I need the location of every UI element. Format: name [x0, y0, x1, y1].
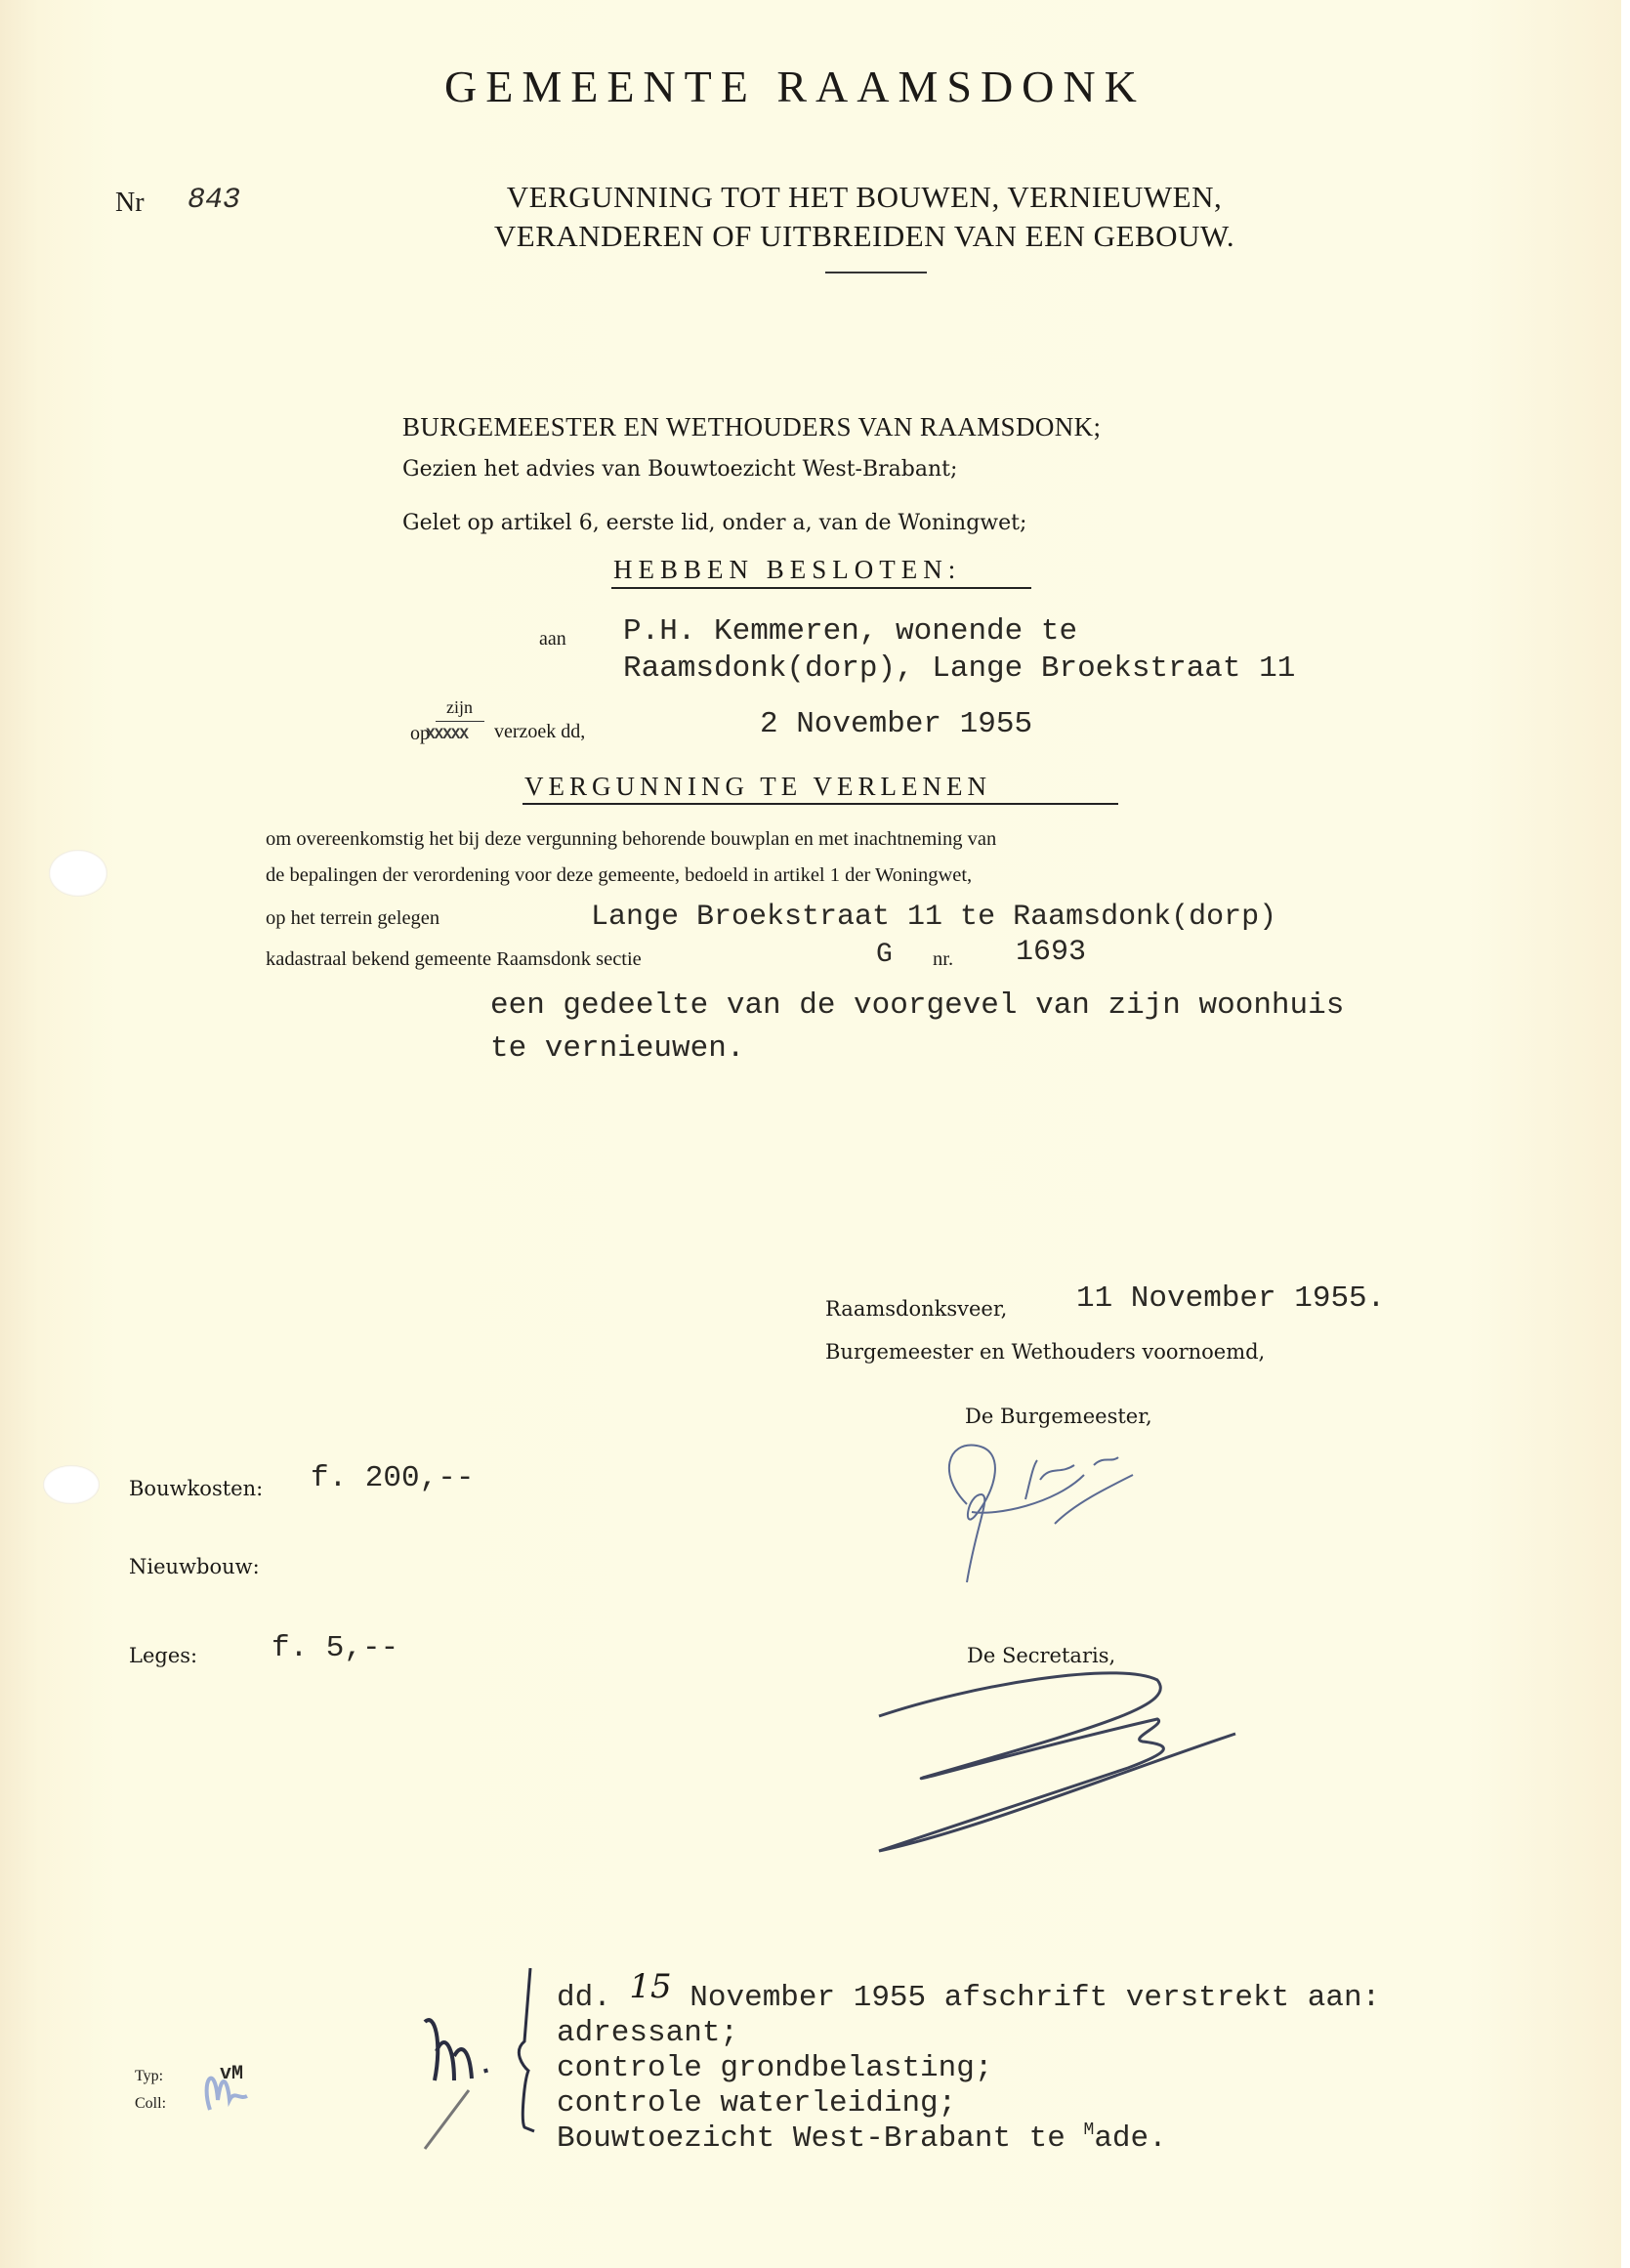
authority-line: BURGEMEESTER EN WETHOUDERS VAN RAAMSDONK… [402, 412, 1101, 442]
punch-hole-upper [49, 850, 107, 897]
collator-label: Coll: [135, 2095, 166, 2113]
typist-label: Typ: [135, 2068, 163, 2085]
punch-hole-lower [43, 1465, 100, 1504]
decision-underline [611, 587, 1031, 589]
grant-text-line1: om overeenkomstig het bij deze vergunnin… [266, 828, 996, 851]
cadastral-section: G [876, 940, 893, 970]
request-date: 2 November 1955 [760, 707, 1032, 741]
request-label: verzoek dd, [494, 721, 585, 743]
recipient-item: controle waterleiding; [557, 2086, 1380, 2121]
permit-title-line1: VERGUNNING TOT HET BOUWEN, VERNIEUWEN, [396, 178, 1333, 217]
municipality-header: GEMEENTE RAAMSDONK [444, 61, 1146, 112]
considered-line: Gezien het advies van Bouwtoezicht West-… [402, 457, 957, 482]
work-line2: te vernieuwen. [490, 1028, 1344, 1071]
fees-value: f. 5,-- [272, 1631, 398, 1665]
document-page [0, 0, 1621, 2268]
pronoun-struck: XXXXX [426, 726, 468, 743]
handwritten-initials-icon [415, 1963, 562, 2139]
terrain-label: op het terrein gelegen [266, 907, 439, 930]
addressee: P.H. Kemmeren, wonende te Raamsdonk(dorp… [623, 613, 1295, 688]
grant-underline [522, 803, 1118, 805]
cadastral-parcel: 1693 [1016, 936, 1086, 969]
new-build-label: Nieuwbouw: [129, 1555, 260, 1578]
pronoun-inserted: zijn [446, 697, 473, 718]
cadastral-label: kadastraal bekend gemeente Raamsdonk sec… [266, 948, 642, 971]
recipient-item: controle grondbelasting; [557, 2051, 1380, 2086]
recipient-item-last: Bouwtoezicht West-Brabant te Made. [557, 2121, 1380, 2160]
copies-header: dd. 15 November 1955 afschrift verstrekt… [557, 1977, 1380, 2016]
mayor-title: De Burgemeester, [965, 1405, 1152, 1428]
grant-text-line2: de bepalingen der verordening voor deze … [266, 864, 972, 887]
header-divider [825, 272, 927, 273]
building-cost-value: f. 200,-- [311, 1461, 474, 1495]
permit-number-label: Nr [115, 188, 145, 219]
copies-distribution: dd. 15 November 1955 afschrift verstrekt… [557, 1977, 1380, 2160]
terrain-address: Lange Broekstraat 11 te Raamsdonk(dorp) [591, 901, 1276, 934]
addressee-label: aan [539, 628, 566, 651]
cadastral-nr-label: nr. [933, 948, 953, 971]
building-cost-label: Bouwkosten: [129, 1477, 263, 1500]
signing-date: 11 November 1955. [1076, 1281, 1385, 1316]
decision-heading: HEBBEN BESLOTEN: [613, 555, 961, 585]
observed-line: Gelet op artikel 6, eerste lid, onder a,… [402, 511, 1026, 535]
permit-number: 843 [188, 184, 240, 217]
copy-day-handwritten: 15 [629, 1967, 671, 2006]
signatories: Burgemeester en Wethouders voornoemd, [825, 1340, 1265, 1364]
work-description: een gedeelte van de voorgevel van zijn w… [490, 985, 1344, 1071]
work-line1: een gedeelte van de voorgevel van zijn w… [490, 985, 1344, 1028]
signing-place: Raamsdonksveer, [825, 1297, 1007, 1321]
addressee-line2: Raamsdonk(dorp), Lange Broekstraat 11 [623, 651, 1295, 688]
grant-heading: VERGUNNING TE VERLENEN [524, 772, 991, 802]
secretary-signature-icon [874, 1665, 1265, 1890]
pronoun-rule [436, 721, 484, 722]
mayor-signature-icon [938, 1436, 1231, 1582]
addressee-line1: P.H. Kemmeren, wonende te [623, 613, 1295, 651]
fees-label: Leges: [129, 1644, 197, 1667]
collator-initials-icon [200, 2061, 259, 2120]
secretary-title: De Secretaris, [967, 1644, 1115, 1667]
permit-title-line2: VERANDEREN OF UITBREIDEN VAN EEN GEBOUW. [396, 217, 1333, 256]
recipient-item: adressant; [557, 2016, 1380, 2051]
permit-title: VERGUNNING TOT HET BOUWEN, VERNIEUWEN, V… [396, 178, 1333, 256]
